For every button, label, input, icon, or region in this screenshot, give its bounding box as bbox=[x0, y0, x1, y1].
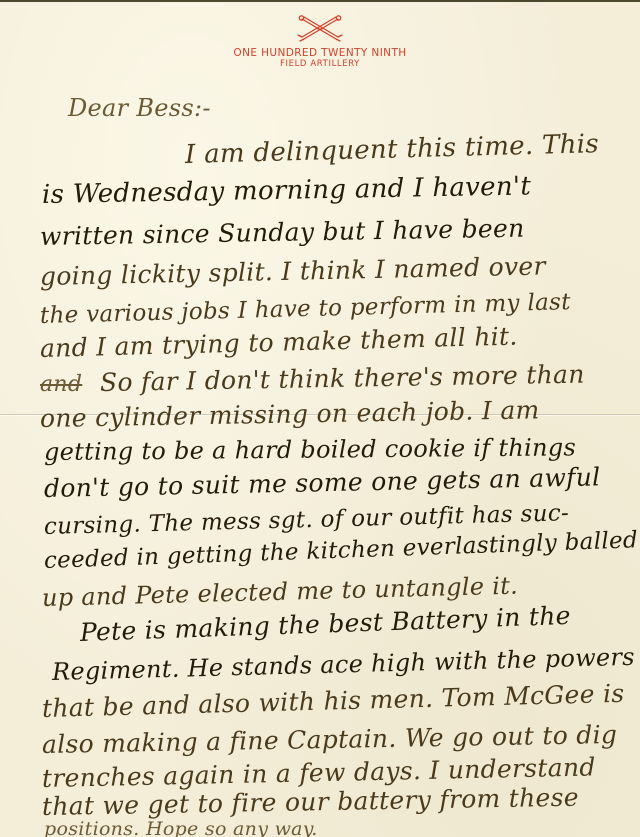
letter-page: ONE HUNDRED TWENTY NINTH FIELD ARTILLERY… bbox=[0, 0, 640, 837]
letter-line-20: positions. Hope so any way. bbox=[44, 818, 318, 837]
letter-line-2: is Wednesday morning and I haven't bbox=[42, 171, 532, 210]
letter-line-16: that be and also with his men. Tom McGee… bbox=[42, 679, 625, 723]
scan-edge bbox=[0, 0, 640, 2]
letterhead-branch: FIELD ARTILLERY bbox=[0, 59, 640, 70]
letter-line-6: and I am trying to make them all hit. bbox=[40, 322, 518, 363]
letterhead: ONE HUNDRED TWENTY NINTH FIELD ARTILLERY bbox=[0, 14, 640, 70]
letter-line-10: don't go to suit me some one gets an awf… bbox=[44, 462, 601, 503]
letter-line-7: So far I don't think there's more than bbox=[100, 360, 585, 397]
letter-line-4: going lickity split. I think I named ove… bbox=[40, 251, 546, 291]
letter-line-8: one cylinder missing on each job. I am bbox=[40, 395, 540, 433]
crossed-cannons-icon bbox=[296, 14, 344, 44]
letter-line-3: written since Sunday but I have been bbox=[40, 214, 525, 251]
salutation: Dear Bess:- bbox=[68, 94, 211, 122]
letterhead-unit-name: ONE HUNDRED TWENTY NINTH bbox=[0, 47, 640, 59]
struck-word: and bbox=[40, 372, 82, 397]
letter-line-9: getting to be a hard boiled cookie if th… bbox=[44, 433, 576, 466]
letter-line-15: Regiment. He stands ace high with the po… bbox=[52, 643, 636, 686]
letter-line-1: I am delinquent this time. This bbox=[185, 129, 600, 170]
